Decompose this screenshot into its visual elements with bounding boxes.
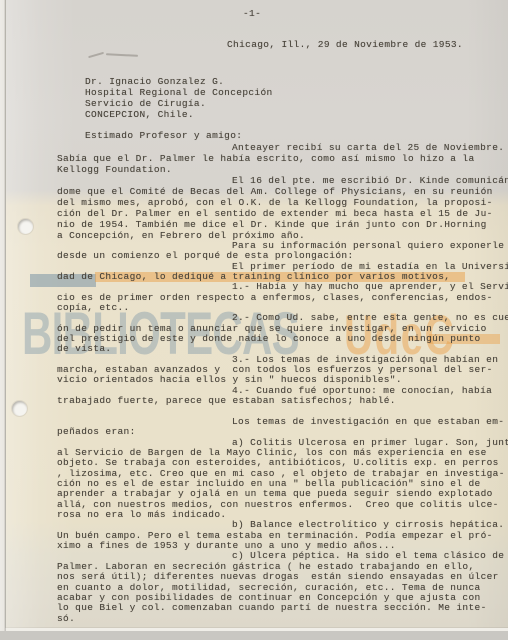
letter-section: Los temas de investigación en que estaba… — [57, 417, 500, 624]
letter-line: Sabía que el Dr. Palmer le había escrito… — [57, 153, 500, 164]
letter-line: nos será útil); diferentes nuevas drogas… — [57, 572, 500, 582]
letter-section: Anteayer recibí su carta del 25 de Novie… — [57, 142, 500, 241]
paragraph: 1.- Había y hay mucho que aprender, y el… — [57, 282, 500, 313]
letter-line: El 16 del pte. me escribió Dr. Kinde com… — [57, 175, 500, 186]
recipient-line: Hospital Regional de Concepción — [85, 87, 273, 98]
pencil-mark — [88, 48, 148, 62]
scanned-letter-page: BIBLIOTECAS UdeC -1- Chicago, Ill., 29 d… — [0, 0, 508, 640]
paragraph: Los temas de investigación en que estaba… — [57, 417, 500, 438]
letter-line: Anteayer recibí su carta del 25 de Novie… — [57, 142, 500, 153]
letter-line: nio de 1954. También me dice el Dr. Kind… — [57, 219, 500, 230]
letter-line: trabajado fuerte, parece que estaban sat… — [57, 396, 500, 406]
paragraph: El primer período de mi estadía en la Un… — [57, 262, 500, 283]
paragraph: Anteayer recibí su carta del 25 de Novie… — [57, 142, 500, 175]
punch-hole — [12, 401, 27, 416]
paragraph: 2.- Como Ud. sabe, entre esta gente, no … — [57, 313, 500, 354]
letter-line: Kellogg Foundation. — [57, 164, 500, 175]
paragraph: El 16 del pte. me escribió Dr. Kinde com… — [57, 175, 500, 241]
page-number: -1- — [243, 8, 261, 19]
paragraph: b) Balance electrolítico y cirrosis hepá… — [57, 520, 500, 551]
paragraph: a) Colitis Ulcerosa en primer lugar. Son… — [57, 438, 500, 521]
letter-line: del mismo mes, aprobó, con el O.K. de la… — [57, 197, 500, 208]
scan-background — [0, 631, 508, 640]
letter-line: só. — [57, 614, 500, 624]
paragraph: c) Ulcera péptica. Ha sido el tema clási… — [57, 551, 500, 623]
recipient-line: Dr. Ignacio Gonzalez G. — [85, 76, 273, 87]
paragraph: Para su información personal quiero expo… — [57, 241, 500, 262]
dateline: Chicago, Ill., 29 de Noviembre de 1953. — [227, 39, 463, 50]
recipient-block: Dr. Ignacio Gonzalez G.Hospital Regional… — [85, 76, 273, 120]
letter-line: lo que Biel y col. comenzaban cuando par… — [57, 603, 500, 613]
recipient-line: CONCEPCION, Chile. — [85, 109, 273, 120]
paragraph: 4.- Cuando fué oportuno: me conocían, ha… — [57, 386, 500, 407]
salutation: Estimado Profesor y amigo: — [85, 130, 242, 141]
punch-hole — [18, 219, 33, 234]
highlighted-line: del prestigio de este y donde nadie lo c… — [57, 334, 500, 344]
letter-line: dome que el Comité de Becas del Am. Coll… — [57, 186, 500, 197]
letter-line: ción del Dr. Palmer en el sentido de ext… — [57, 208, 500, 219]
recipient-line: Servicio de Cirugía. — [85, 98, 273, 109]
letter-section: Para su información personal quiero expo… — [57, 241, 500, 407]
paragraph: 3.- Los temas de investigación que había… — [57, 355, 500, 386]
